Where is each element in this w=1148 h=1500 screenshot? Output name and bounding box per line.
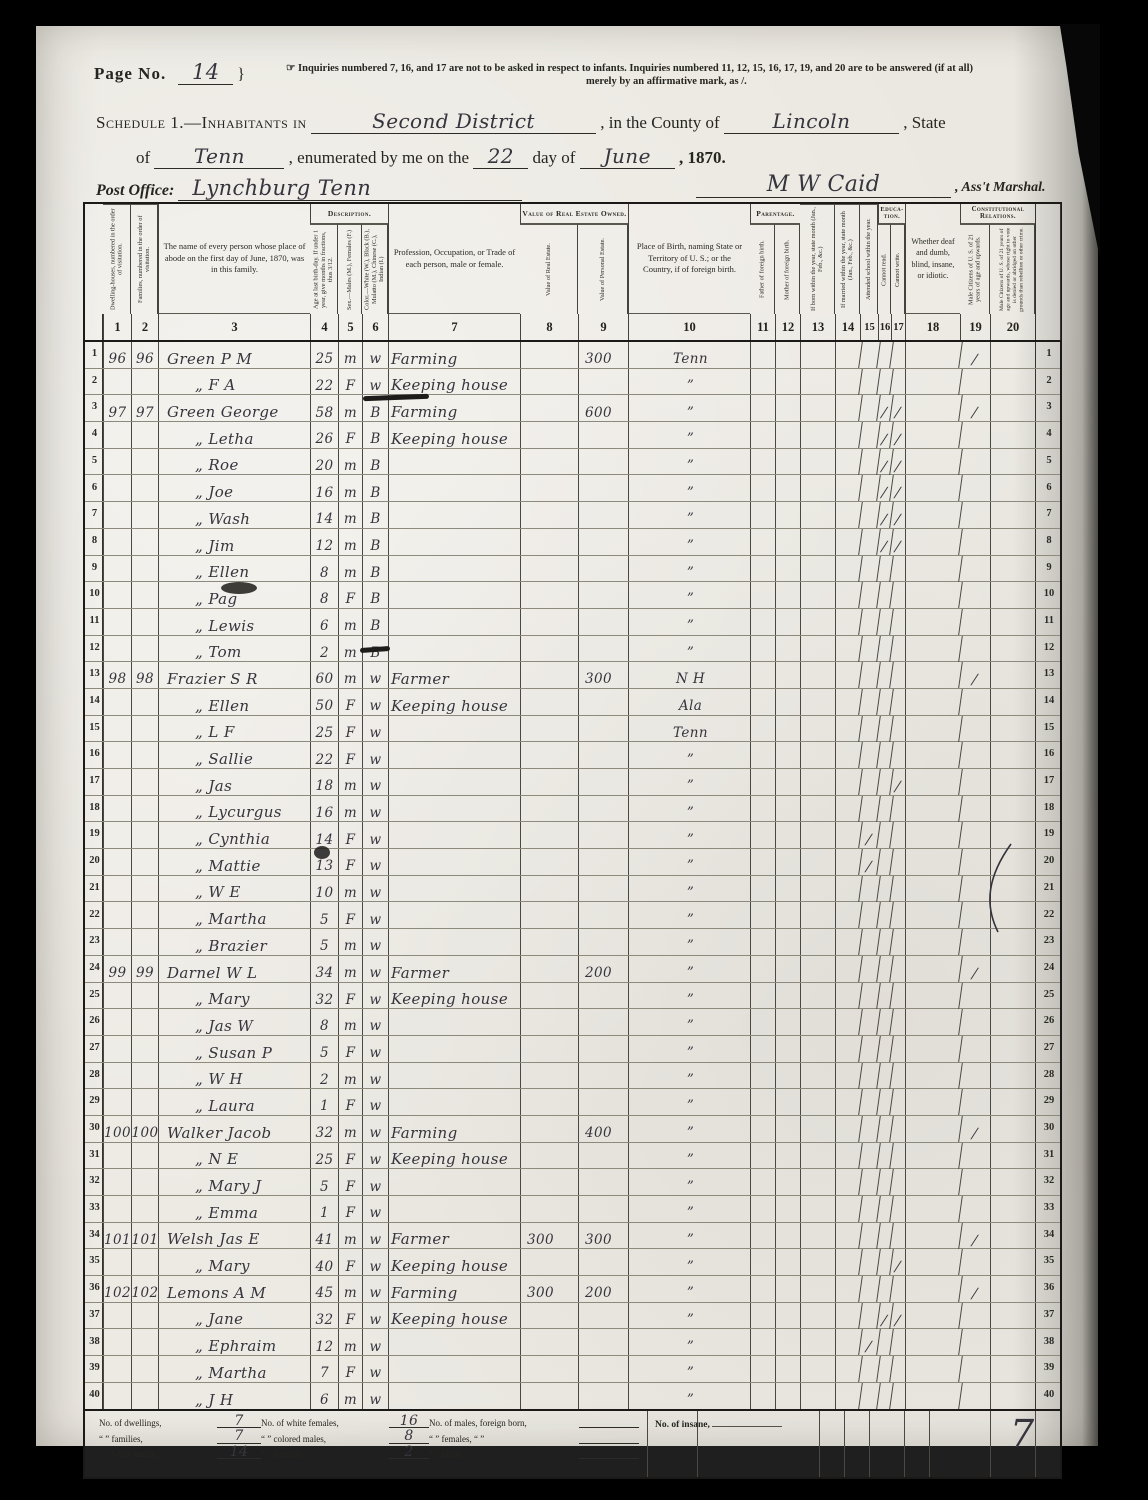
cell-color: B <box>362 475 388 501</box>
cell-personal-estate-value <box>578 1356 628 1382</box>
cell-male-citizen <box>958 1383 992 1409</box>
row-number-right: 20 <box>1035 849 1060 875</box>
cell-color: w <box>362 1143 388 1169</box>
cell-dwelling-number <box>103 796 131 822</box>
cell-color: w <box>362 983 388 1009</box>
cell-age: 16 <box>310 475 338 501</box>
cell-male-citizen <box>958 822 992 848</box>
row-number-left: 39 <box>85 1356 103 1382</box>
cell-male-citizen <box>958 769 992 795</box>
row-number-right: 6 <box>1035 475 1060 501</box>
cell-deaf-dumb <box>905 929 960 955</box>
cell-age: 40 <box>310 1249 338 1275</box>
row-number-right: 30 <box>1035 1116 1060 1142</box>
cell-personal-estate-value <box>578 475 628 501</box>
year-suffix: , 1870. <box>679 148 726 167</box>
cell-age: 5 <box>310 1169 338 1195</box>
cell-occupation <box>388 742 520 768</box>
cell-occupation <box>388 849 520 875</box>
cell-vote-denied <box>990 849 1035 875</box>
cell-personal-estate-value <box>578 929 628 955</box>
cell-color: w <box>362 342 388 368</box>
cell-vote-denied <box>990 449 1035 475</box>
cell-mother-foreign <box>775 1196 800 1222</box>
cell-name: „ Letha <box>158 422 310 448</box>
cell-male-citizen <box>958 1036 992 1062</box>
cell-born-month <box>800 395 835 421</box>
cell-birthplace: ” <box>628 902 750 928</box>
cell-sex: m <box>338 1223 362 1249</box>
header-dwellings: Dwelling-houses, numbered in the order o… <box>103 204 131 314</box>
cell-born-month <box>800 1303 835 1329</box>
cell-color: w <box>362 849 388 875</box>
cell-sex: m <box>338 1383 362 1409</box>
cell-color: w <box>362 742 388 768</box>
cell-born-month <box>800 1223 835 1249</box>
cell-dwelling-number <box>103 716 131 742</box>
row-number-right: 14 <box>1035 689 1060 715</box>
cell-married-month <box>835 1249 860 1275</box>
cell-vote-denied <box>990 1223 1035 1249</box>
cell-name: „ N E <box>158 1143 310 1169</box>
cell-family-number <box>131 636 158 662</box>
row-number-left: 40 <box>85 1383 103 1409</box>
row-number-right: 22 <box>1035 902 1060 928</box>
table-row: 26 „ Jas W 8 m w ” 26 <box>85 1009 1060 1036</box>
cell-mother-foreign <box>775 422 800 448</box>
cell-occupation: Keeping house <box>388 689 520 715</box>
cell-mother-foreign <box>775 849 800 875</box>
cell-birthplace: ” <box>628 1196 750 1222</box>
cell-birthplace: ” <box>628 502 750 528</box>
cell-vote-denied <box>990 1036 1035 1062</box>
row-number-right: 39 <box>1035 1356 1060 1382</box>
cell-deaf-dumb <box>905 849 960 875</box>
cell-dwelling-number <box>103 929 131 955</box>
cell-personal-estate-value <box>578 983 628 1009</box>
cell-age: 8 <box>310 1009 338 1035</box>
cell-personal-estate-value <box>578 1143 628 1169</box>
cell-deaf-dumb <box>905 1169 960 1195</box>
cell-color: w <box>362 1383 388 1409</box>
row-number-left: 33 <box>85 1196 103 1222</box>
cell-sex: F <box>338 689 362 715</box>
cell-mother-foreign <box>775 369 800 395</box>
row-number-left: 25 <box>85 983 103 1009</box>
cell-father-foreign <box>750 1143 775 1169</box>
cell-deaf-dumb <box>905 636 960 662</box>
cell-mother-foreign <box>775 1063 800 1089</box>
cell-personal-estate-value: 300 <box>578 1223 628 1249</box>
header-deaf-dumb: Whether deaf and dumb, blind, insane, or… <box>905 204 960 314</box>
row-number-left: 22 <box>85 902 103 928</box>
table-row: 23 „ Brazier 5 m w ” 23 <box>85 929 1060 956</box>
cell-birthplace: ” <box>628 609 750 635</box>
cell-vote-denied <box>990 796 1035 822</box>
page-edge-shadow <box>1082 26 1098 1446</box>
row-number-left: 34 <box>85 1223 103 1249</box>
cell-age: 5 <box>310 902 338 928</box>
cell-family-number: 102 <box>131 1276 158 1302</box>
cell-name: „ Tom <box>158 636 310 662</box>
cell-age: 7 <box>310 1356 338 1382</box>
row-number-left: 16 <box>85 742 103 768</box>
cell-family-number <box>131 1249 158 1275</box>
cell-personal-estate-value <box>578 502 628 528</box>
cell-occupation <box>388 1036 520 1062</box>
cell-age: 12 <box>310 1329 338 1355</box>
cell-deaf-dumb <box>905 983 960 1009</box>
cell-personal-estate-value <box>578 796 628 822</box>
cell-born-month <box>800 1116 835 1142</box>
table-row: 15 „ L F 25 F w Tenn 15 <box>85 716 1060 743</box>
cell-family-number <box>131 422 158 448</box>
table-row: 34 101 101 Welsh Jas E 41 m w Farmer 300… <box>85 1223 1060 1250</box>
ink-blot <box>314 846 330 859</box>
cell-age: 18 <box>310 769 338 795</box>
cell-family-number <box>131 1036 158 1062</box>
cell-personal-estate-value: 600 <box>578 395 628 421</box>
row-number-left: 30 <box>85 1116 103 1142</box>
cell-deaf-dumb <box>905 956 960 982</box>
cell-male-citizen <box>958 1009 992 1035</box>
cell-father-foreign <box>750 369 775 395</box>
table-row: 33 „ Emma 1 F w ” 33 <box>85 1196 1060 1223</box>
cell-family-number <box>131 1329 158 1355</box>
cell-vote-denied <box>990 1329 1035 1355</box>
cell-color: w <box>362 1223 388 1249</box>
cell-mother-foreign <box>775 822 800 848</box>
cell-mother-foreign <box>775 662 800 688</box>
cell-born-month <box>800 822 835 848</box>
cell-name: „ Jane <box>158 1303 310 1329</box>
cell-sex: m <box>338 342 362 368</box>
cell-born-month <box>800 529 835 555</box>
cell-family-number <box>131 1383 158 1409</box>
cell-personal-estate-value <box>578 902 628 928</box>
cell-personal-estate-value: 400 <box>578 1116 628 1142</box>
cell-mother-foreign <box>775 636 800 662</box>
row-number-left: 13 <box>85 662 103 688</box>
cell-occupation <box>388 475 520 501</box>
cell-vote-denied <box>990 1116 1035 1142</box>
footer-dwellings-label: No. of dwellings, <box>99 1418 217 1428</box>
colnum-8: 8 <box>520 314 578 340</box>
cell-vote-denied <box>990 716 1035 742</box>
cell-age: 26 <box>310 422 338 448</box>
schedule-line: Schedule 1.—Inhabitants in Second Distri… <box>96 109 946 134</box>
cell-dwelling-number <box>103 502 131 528</box>
cell-vote-denied <box>990 1169 1035 1195</box>
cell-age: 22 <box>310 742 338 768</box>
row-number-right: 11 <box>1035 609 1060 635</box>
cell-dwelling-number: 100 <box>103 1116 131 1142</box>
colnum-5: 5 <box>338 314 362 340</box>
cell-male-citizen <box>958 582 992 608</box>
cell-deaf-dumb <box>905 1143 960 1169</box>
cell-occupation <box>388 876 520 902</box>
row-number-left: 35 <box>85 1249 103 1275</box>
enumerated-label: , enumerated by me on the <box>289 148 469 167</box>
cell-personal-estate-value <box>578 556 628 582</box>
cell-mother-foreign <box>775 956 800 982</box>
cell-birthplace: ” <box>628 636 750 662</box>
cell-color: B <box>362 556 388 582</box>
cell-occupation <box>388 716 520 742</box>
cell-family-number <box>131 369 158 395</box>
cell-occupation <box>388 502 520 528</box>
cell-real-estate-value <box>520 395 578 421</box>
table-row: 24 99 99 Darnel W L 34 m w Farmer 200 ” … <box>85 956 1060 983</box>
row-number-left: 18 <box>85 796 103 822</box>
cell-mother-foreign <box>775 689 800 715</box>
cell-mother-foreign <box>775 1089 800 1115</box>
cell-deaf-dumb <box>905 1063 960 1089</box>
cell-dwelling-number <box>103 1196 131 1222</box>
cell-deaf-dumb <box>905 742 960 768</box>
cell-married-month <box>835 662 860 688</box>
row-number-left: 21 <box>85 876 103 902</box>
cell-father-foreign <box>750 742 775 768</box>
cell-family-number <box>131 449 158 475</box>
census-table: Dwelling-houses, numbered in the order o… <box>83 202 1062 1479</box>
cell-family-number <box>131 929 158 955</box>
cell-color: B <box>362 529 388 555</box>
row-number-left: 29 <box>85 1089 103 1115</box>
cell-personal-estate-value <box>578 716 628 742</box>
row-number-right: 8 <box>1035 529 1060 555</box>
colnum-6: 6 <box>362 314 388 340</box>
cell-sex: F <box>338 742 362 768</box>
cell-married-month <box>835 849 860 875</box>
cell-born-month <box>800 369 835 395</box>
cell-vote-denied <box>990 556 1035 582</box>
footer-colored-males-label: “ ” colored males, <box>261 1434 389 1444</box>
cell-name: „ Jas W <box>158 1009 310 1035</box>
cell-born-month <box>800 1169 835 1195</box>
header-group-real-estate: Value of Real Estate Owned. <box>520 204 628 224</box>
cell-sex: m <box>338 1329 362 1355</box>
cell-sex: F <box>338 1303 362 1329</box>
cell-dwelling-number <box>103 1356 131 1382</box>
table-row: 17 „ Jas 18 m w ” / 17 <box>85 769 1060 796</box>
cell-occupation <box>388 1169 520 1195</box>
table-row: 8 „ Jim 12 m B ” / / 8 <box>85 529 1060 556</box>
cell-color: w <box>362 1169 388 1195</box>
cell-sex: m <box>338 1116 362 1142</box>
row-number-right: 16 <box>1035 742 1060 768</box>
row-number-right: 4 <box>1035 422 1060 448</box>
footer-colored-females-label: “ ” females, <box>261 1449 389 1459</box>
cell-deaf-dumb <box>905 475 960 501</box>
cell-personal-estate-value <box>578 1036 628 1062</box>
footer-summary: No. of dwellings, 7 No. of white females… <box>99 1415 639 1460</box>
cell-mother-foreign <box>775 902 800 928</box>
cell-birthplace: ” <box>628 1169 750 1195</box>
cell-family-number <box>131 902 158 928</box>
cell-deaf-dumb <box>905 1009 960 1035</box>
row-number-right: 36 <box>1035 1276 1060 1302</box>
row-number-right: 2 <box>1035 369 1060 395</box>
cell-male-citizen <box>958 502 992 528</box>
cell-vote-denied <box>990 1276 1035 1302</box>
row-number-left: 6 <box>85 475 103 501</box>
cell-dwelling-number <box>103 1249 131 1275</box>
ink-blot <box>221 582 257 594</box>
table-row: 19 „ Cynthia 14 F w ” / 19 <box>85 822 1060 849</box>
cell-occupation: Keeping house <box>388 422 520 448</box>
cell-real-estate-value <box>520 1116 578 1142</box>
cell-born-month <box>800 1063 835 1089</box>
cell-age: 12 <box>310 529 338 555</box>
cell-male-citizen: / <box>958 1276 992 1302</box>
footer-foreign-males-label: No. of males, foreign born, <box>429 1418 579 1428</box>
cell-father-foreign <box>750 662 775 688</box>
colnum-12: 12 <box>775 314 800 340</box>
cell-real-estate-value <box>520 582 578 608</box>
cell-born-month <box>800 876 835 902</box>
cell-sex: F <box>338 1196 362 1222</box>
table-row: 29 „ Laura 1 F w ” 29 <box>85 1089 1060 1116</box>
cell-born-month <box>800 1089 835 1115</box>
cell-father-foreign <box>750 1169 775 1195</box>
cell-dwelling-number <box>103 582 131 608</box>
cell-age: 45 <box>310 1276 338 1302</box>
cell-sex: m <box>338 929 362 955</box>
cell-married-month <box>835 502 860 528</box>
cell-vote-denied <box>990 1063 1035 1089</box>
row-number-left: 15 <box>85 716 103 742</box>
footer-insane-blank <box>712 1417 782 1427</box>
cell-father-foreign <box>750 849 775 875</box>
cell-vote-denied <box>990 369 1035 395</box>
post-office-line: Post Office: Lynchburg Tenn <box>96 176 522 201</box>
cell-age: 2 <box>310 1063 338 1089</box>
cell-occupation <box>388 929 520 955</box>
cell-father-foreign <box>750 1036 775 1062</box>
cell-father-foreign <box>750 983 775 1009</box>
cell-born-month <box>800 983 835 1009</box>
colnum-14: 14 <box>835 314 860 340</box>
row-number-right: 21 <box>1035 876 1060 902</box>
cell-deaf-dumb <box>905 1089 960 1115</box>
cell-personal-estate-value <box>578 582 628 608</box>
cell-age: 1 <box>310 1196 338 1222</box>
cell-vote-denied <box>990 1356 1035 1382</box>
cell-male-citizen <box>958 742 992 768</box>
cell-real-estate-value <box>520 689 578 715</box>
cell-married-month <box>835 1089 860 1115</box>
cell-dwelling-number <box>103 1329 131 1355</box>
table-row: 18 „ Lycurgus 16 m w ” 18 <box>85 796 1060 823</box>
table-row: 3 97 97 Green George 58 m B Farming 600 … <box>85 395 1060 422</box>
cell-occupation <box>388 1329 520 1355</box>
cell-sex: m <box>338 609 362 635</box>
cell-birthplace: ” <box>628 929 750 955</box>
row-number-left: 27 <box>85 1036 103 1062</box>
cell-married-month <box>835 422 860 448</box>
table-row: 5 „ Roe 20 m B ” / / 5 <box>85 449 1060 476</box>
cell-vote-denied <box>990 929 1035 955</box>
cell-family-number <box>131 769 158 795</box>
header-cannot-write: Cannot write. <box>891 224 905 314</box>
row-number-left: 24 <box>85 956 103 982</box>
cell-deaf-dumb <box>905 449 960 475</box>
cell-married-month <box>835 769 860 795</box>
cell-vote-denied <box>990 1303 1035 1329</box>
cell-age: 41 <box>310 1223 338 1249</box>
cell-born-month <box>800 1329 835 1355</box>
cell-birthplace: ” <box>628 742 750 768</box>
cell-male-citizen <box>958 636 992 662</box>
cell-birthplace: ” <box>628 1249 750 1275</box>
cell-real-estate-value <box>520 529 578 555</box>
cell-real-estate-value <box>520 475 578 501</box>
footer-column-line <box>869 1411 870 1477</box>
footer-column-line <box>1035 1411 1036 1477</box>
cell-mother-foreign <box>775 983 800 1009</box>
cell-father-foreign <box>750 1276 775 1302</box>
cell-name: „ J H <box>158 1383 310 1409</box>
colnum-15: 15 <box>860 314 878 340</box>
cell-deaf-dumb <box>905 1223 960 1249</box>
cell-real-estate-value <box>520 796 578 822</box>
cell-birthplace: ” <box>628 1143 750 1169</box>
cell-sex: m <box>338 449 362 475</box>
cell-born-month <box>800 716 835 742</box>
cell-real-estate-value <box>520 1356 578 1382</box>
cell-age: 14 <box>310 822 338 848</box>
colnum-18: 18 <box>905 314 960 340</box>
cell-name: „ L F <box>158 716 310 742</box>
cell-occupation <box>388 582 520 608</box>
cell-sex: F <box>338 902 362 928</box>
cell-family-number <box>131 1143 158 1169</box>
row-number-left: 31 <box>85 1143 103 1169</box>
cell-personal-estate-value: 300 <box>578 342 628 368</box>
cell-married-month <box>835 902 860 928</box>
cell-real-estate-value <box>520 556 578 582</box>
cell-real-estate-value <box>520 502 578 528</box>
cell-sex: F <box>338 849 362 875</box>
cell-male-citizen <box>958 1143 992 1169</box>
row-number-right: 19 <box>1035 822 1060 848</box>
enumeration-line: of Tenn , enumerated by me on the 22 day… <box>136 144 726 169</box>
cell-birthplace: ” <box>628 369 750 395</box>
inquiries-note: ☞ Inquiries numbered 7, 16, and 17 are n… <box>286 62 1066 88</box>
cell-birthplace: ” <box>628 849 750 875</box>
row-number-right: 15 <box>1035 716 1060 742</box>
cell-birthplace: ” <box>628 1303 750 1329</box>
cell-dwelling-number: 102 <box>103 1276 131 1302</box>
table-row: 32 „ Mary J 5 F w ” 32 <box>85 1169 1060 1196</box>
cell-personal-estate-value <box>578 636 628 662</box>
row-number-right: 35 <box>1035 1249 1060 1275</box>
cell-birthplace: Ala <box>628 689 750 715</box>
footer-white-females-label: No. of white females, <box>261 1418 389 1428</box>
cell-dwelling-number <box>103 369 131 395</box>
cell-color: w <box>362 689 388 715</box>
cell-born-month <box>800 342 835 368</box>
cell-father-foreign <box>750 582 775 608</box>
cell-age: 25 <box>310 342 338 368</box>
colnum-11: 11 <box>750 314 775 340</box>
cell-father-foreign <box>750 1249 775 1275</box>
colnum-4: 4 <box>310 314 338 340</box>
cell-dwelling-number <box>103 1063 131 1089</box>
cell-deaf-dumb <box>905 1276 960 1302</box>
cell-name: „ Sallie <box>158 742 310 768</box>
